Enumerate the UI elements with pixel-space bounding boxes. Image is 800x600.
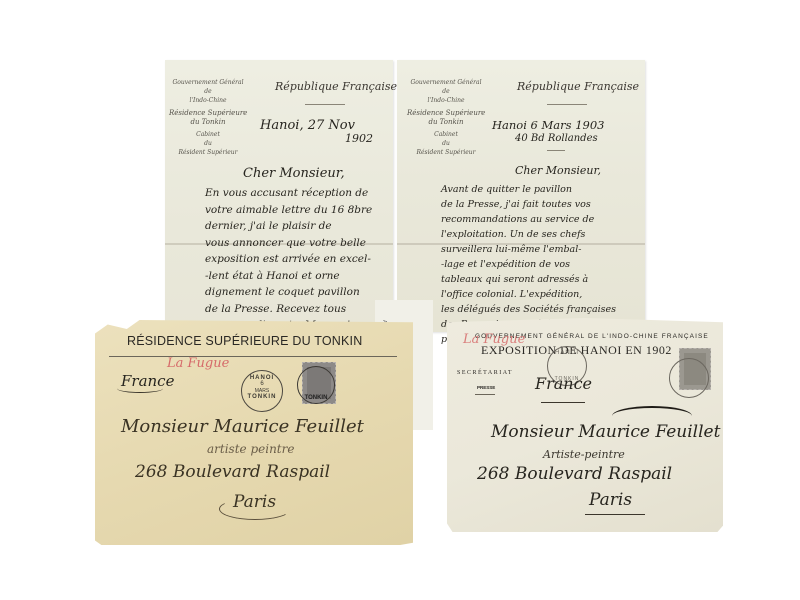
letter-body-line: -lage et l'expédition de vos (441, 257, 616, 272)
underline-flourish (117, 384, 163, 393)
letterhead-line: du Tonkin (407, 118, 485, 127)
date-rule (547, 150, 565, 151)
red-annotation: La Fugue (463, 332, 525, 347)
letterhead-line: Gouvernement Général (169, 78, 247, 87)
letterhead-line: de (407, 87, 485, 96)
letter-body-line: Avant de quitter le pavillon (441, 182, 616, 197)
recipient-title: artiste peintre (207, 442, 294, 456)
postmark: HANOI 6 MARS TONKIN (241, 370, 283, 412)
letterhead-line: l'Indo-Chine (407, 96, 485, 105)
letter-body-line: En vous accusant réception de (205, 185, 372, 202)
letterhead-line: Résidence Supérieure (407, 109, 485, 118)
recipient-title: Artiste-peintre (543, 448, 625, 461)
salutation: Cher Monsieur, (515, 164, 601, 177)
postmark-region: TONKIN (242, 394, 282, 400)
sub-department-rule (475, 394, 495, 395)
letter-date: Hanoi 6 Mars 1903 (492, 118, 604, 132)
stamp-cancel-text: TONKIN (298, 395, 334, 401)
recipient-address: 268 Boulevard Raspail (135, 462, 330, 482)
letterhead-line: du Tonkin (169, 118, 247, 127)
letter-year: 1902 (345, 132, 373, 145)
recipient-city: Paris (589, 490, 632, 510)
city-flourish (219, 498, 291, 520)
letter-body-line: l'office colonial. L'expédition, (441, 287, 616, 302)
letterhead-line: de (169, 87, 247, 96)
letter-body-line: exposition est arrivée en excel- (205, 251, 372, 268)
letterhead-line: Cabinet (169, 130, 247, 139)
letterhead-line: Résidence Supérieure (169, 109, 247, 118)
letter-address: 40 Bd Rollandes (515, 133, 598, 144)
letterhead-line: du (169, 139, 247, 148)
letter-body-line: les délégués des Sociétés françaises (441, 302, 616, 317)
letter-body-line: votre aimable lettre du 16 8bre (205, 202, 372, 219)
letter-body-line: de la Presse, j'ai fait toutes vos (441, 197, 616, 212)
destination-country: France (535, 374, 592, 393)
letter-body-line: vous annoncer que votre belle (205, 235, 372, 252)
city-underline (585, 514, 645, 515)
letter-right: Gouvernement Général de l'Indo-Chine Rés… (397, 60, 645, 332)
letterhead-line: Gouvernement Général (407, 78, 485, 87)
country-underline (541, 402, 585, 403)
letterhead-line: Résident Supérieur (407, 148, 485, 157)
letter-body-line: surveillera lui-même l'embal- (441, 242, 616, 257)
envelope-printed-header: RÉSIDENCE SUPÉRIEURE DU TONKIN (127, 334, 362, 348)
envelope-right: GOUVERNEMENT GÉNÉRAL DE L'INDO-CHINE FRA… (447, 318, 723, 532)
postmark-city: HANOI (548, 350, 586, 356)
letterhead-line: Cabinet (407, 130, 485, 139)
envelope-left: RÉSIDENCE SUPÉRIEURE DU TONKIN La Fugue … (95, 320, 413, 545)
letter-body-line: recommandations au service de (441, 212, 616, 227)
letter-body-line: -lent état à Hanoi et orne (205, 268, 372, 285)
postmark-date: 6 (242, 381, 282, 388)
letter-body-line: dernier, j'ai le plaisir de (205, 218, 372, 235)
letter-body-line: dignement le coquet pavillon (205, 284, 372, 301)
stamp-cancel-postmark (669, 358, 709, 398)
letter-date: Hanoi, 27 Nov (260, 118, 355, 133)
letter-body-line: de la Presse. Recevez tous (205, 301, 372, 318)
heading-rule (547, 104, 587, 105)
letter-body-line: tableaux qui seront adressés à (441, 272, 616, 287)
department-label: SECRÉTARIAT (457, 370, 513, 376)
sub-department-label: PRESSE (477, 385, 495, 390)
header-rule (109, 356, 397, 357)
letterhead: Gouvernement Général de l'Indo-Chine Rés… (169, 78, 247, 157)
recipient-address: 268 Boulevard Raspail (477, 464, 672, 484)
republic-heading: République Française (275, 80, 397, 93)
stamp-cancel-postmark: TONKIN (297, 366, 335, 404)
republic-heading: République Française (517, 80, 639, 93)
letterhead: Gouvernement Général de l'Indo-Chine Rés… (407, 78, 485, 157)
salutation: Cher Monsieur, (243, 166, 345, 181)
recipient-name: Monsieur Maurice Feuillet (491, 422, 720, 442)
letterhead-line: du (407, 139, 485, 148)
recipient-name: Monsieur Maurice Feuillet (121, 416, 364, 437)
letter-body-line: l'exploitation. Un de ses chefs (441, 227, 616, 242)
letterhead-line: Résident Supérieur (169, 148, 247, 157)
letterhead-line: l'Indo-Chine (169, 96, 247, 105)
heading-rule (305, 104, 345, 105)
red-annotation: La Fugue (167, 356, 229, 371)
